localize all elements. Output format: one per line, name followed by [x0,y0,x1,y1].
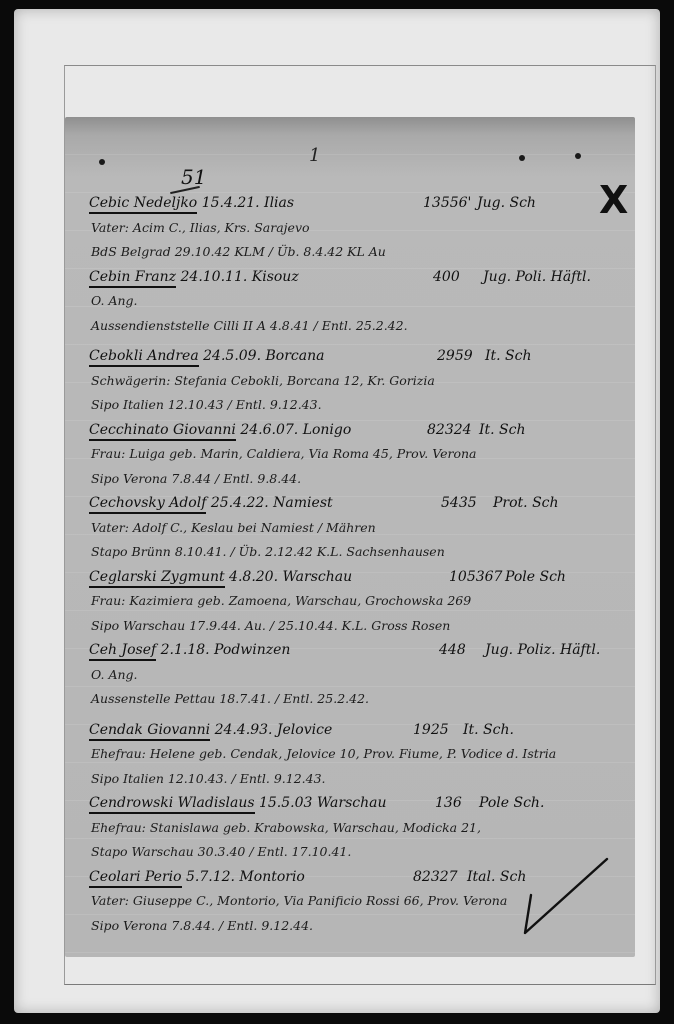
prisoner-category: Jug. Poliz. Häftl. [485,638,600,663]
entry-detail: Sipo Italien 12.10.43 / Entl. 9.12.43. [65,393,635,418]
entry-detail-text: BdS Belgrad 29.10.42 KLM / Üb. 8.4.42 KL… [91,240,386,265]
entry-detail: O. Ang. [65,289,635,314]
prisoner-number: 82324 [427,418,472,443]
prisoner-category: Ital. Sch [467,865,526,890]
entry-header: Cebokli Andrea 24.5.09. Borcana2959It. S… [65,344,635,369]
entry-list: Cebic Nedeljko 15.4.21. Ilias13556'Jug. … [65,191,635,938]
entry-detail-text: Aussenstelle Pettau 18.7.41. / Entl. 25.… [91,687,369,712]
entry-surname-underlined: Cendak Giovanni [89,722,210,741]
entry-surname-underlined: Cebokli Andrea [89,348,199,367]
entry-name: Cebokli Andrea 24.5.09. Borcana [89,344,324,369]
entry-name: Cebic Nedeljko 15.4.21. Ilias [89,191,294,216]
prisoner-category: It. Sch [479,418,526,443]
prisoner-number: 105367 [449,565,502,590]
entry-header: Cebin Franz 24.10.11. Kisouz400Jug. Poli… [65,265,635,290]
document-sheet: 1 51 X Cebic Nedeljko 15.4.21. Ilias1355… [65,117,635,957]
entry-detail: Sipo Italien 12.10.43. / Entl. 9.12.43. [65,767,635,792]
entry-detail-text: Sipo Verona 7.8.44 / Entl. 9.8.44. [91,467,301,492]
entry-name: Ceh Josef 2.1.18. Podwinzen [89,638,290,663]
entry-detail-text: Sipo Italien 12.10.43. / Entl. 9.12.43. [91,767,326,792]
entry-detail: BdS Belgrad 29.10.42 KLM / Üb. 8.4.42 KL… [65,240,635,265]
prisoner-category: It. Sch. [463,718,514,743]
entry-header: Cechovsky Adolf 25.4.22. Namiest5435Prot… [65,491,635,516]
entry-detail-text: Ehefrau: Helene geb. Cendak, Jelovice 10… [91,742,556,767]
prisoner-category: It. Sch [485,344,532,369]
entry-detail-text: Vater: Adolf C., Keslau bei Namiest / Mä… [91,516,376,541]
entry-surname-underlined: Ceh Josef [89,642,156,661]
entry-detail: Ehefrau: Stanislawa geb. Krabowska, Wars… [65,816,635,841]
entry-detail-text: Ehefrau: Stanislawa geb. Krabowska, Wars… [91,816,481,841]
prisoner-number: 400 [433,265,460,290]
entry-detail: Sipo Warschau 17.9.44. Au. / 25.10.44. K… [65,614,635,639]
entry-detail: Ehefrau: Helene geb. Cendak, Jelovice 10… [65,742,635,767]
entry-detail-text: Sipo Verona 7.8.44. / Entl. 9.12.44. [91,914,313,939]
entry-detail: Aussenstelle Pettau 18.7.41. / Entl. 25.… [65,687,635,712]
prisoner-category: Jug. Sch [477,191,536,216]
entry-name: Ceolari Perio 5.7.12. Montorio [89,865,305,890]
entry-detail: Frau: Luiga geb. Marin, Caldiera, Via Ro… [65,442,635,467]
entry-header: Ceglarski Zygmunt 4.8.20. Warschau105367… [65,565,635,590]
record-number: 51 [181,165,206,189]
entry-header: Cendak Giovanni 24.4.93. Jelovice1925It.… [65,718,635,743]
entry-detail: Sipo Verona 7.8.44 / Entl. 9.8.44. [65,467,635,492]
entry-name: Cebin Franz 24.10.11. Kisouz [89,265,299,290]
entry-name: Cecchinato Giovanni 24.6.07. Lonigo [89,418,351,443]
entry-detail: Vater: Acim C., Ilias, Krs. Sarajevo [65,216,635,241]
entry-surname-underlined: Cebic Nedeljko [89,195,197,214]
prisoner-number: 448 [439,638,466,663]
entry-header: Ceh Josef 2.1.18. Podwinzen448Jug. Poliz… [65,638,635,663]
entry-detail-text: Sipo Italien 12.10.43 / Entl. 9.12.43. [91,393,322,418]
prisoner-number: 82327 [413,865,458,890]
prisoner-number: 136 [435,791,462,816]
punch-hole [575,153,581,159]
entry-surname-underlined: Cebin Franz [89,269,176,288]
entry-header: Cebic Nedeljko 15.4.21. Ilias13556'Jug. … [65,191,635,216]
entry-header: Cecchinato Giovanni 24.6.07. Lonigo82324… [65,418,635,443]
punch-hole [99,159,105,165]
prisoner-number: 1925 [413,718,449,743]
prisoner-category: Jug. Poli. Häftl. [483,265,591,290]
page-number: 1 [309,145,320,166]
entry-detail-text: Stapo Warschau 30.3.40 / Entl. 17.10.41. [91,840,351,865]
prisoner-number: 13556' [423,191,471,216]
entry-detail-text: Aussendienststelle Cilli II A 4.8.41 / E… [91,314,408,339]
entry-detail: O. Ang. [65,663,635,688]
entry-detail: Schwägerin: Stefania Cebokli, Borcana 12… [65,369,635,394]
entry-detail-text: O. Ang. [91,663,138,688]
entry-detail: Stapo Brünn 8.10.41. / Üb. 2.12.42 K.L. … [65,540,635,565]
entry-name: Cechovsky Adolf 25.4.22. Namiest [89,491,333,516]
entry-surname-underlined: Cechovsky Adolf [89,495,206,514]
entry-surname-underlined: Ceglarski Zygmunt [89,569,225,588]
checkmark-icon [521,855,611,935]
entry-detail-text: Vater: Acim C., Ilias, Krs. Sarajevo [91,216,310,241]
photo-mount: 1 51 X Cebic Nedeljko 15.4.21. Ilias1355… [14,9,660,1013]
entry-detail: Vater: Adolf C., Keslau bei Namiest / Mä… [65,516,635,541]
punch-hole [519,155,525,161]
entry-surname-underlined: Ceolari Perio [89,869,182,888]
prisoner-category: Pole Sch. [479,791,544,816]
entry-surname-underlined: Cecchinato Giovanni [89,422,236,441]
entry-name: Ceglarski Zygmunt 4.8.20. Warschau [89,565,352,590]
entry-header: Cendrowski Wladislaus 15.5.03 Warschau13… [65,791,635,816]
entry-name: Cendrowski Wladislaus 15.5.03 Warschau [89,791,387,816]
entry-name: Cendak Giovanni 24.4.93. Jelovice [89,718,332,743]
prisoner-category: Pole Sch [505,565,566,590]
entry-detail-text: Frau: Kazimiera geb. Zamoena, Warschau, … [91,589,471,614]
entry-detail: Frau: Kazimiera geb. Zamoena, Warschau, … [65,589,635,614]
entry-detail-text: Sipo Warschau 17.9.44. Au. / 25.10.44. K… [91,614,450,639]
entry-detail-text: Frau: Luiga geb. Marin, Caldiera, Via Ro… [91,442,477,467]
entry-detail-text: Vater: Giuseppe C., Montorio, Via Panifi… [91,889,507,914]
prisoner-number: 2959 [437,344,473,369]
entry-detail: Aussendienststelle Cilli II A 4.8.41 / E… [65,314,635,339]
entry-detail-text: Schwägerin: Stefania Cebokli, Borcana 12… [91,369,435,394]
entry-detail-text: O. Ang. [91,289,138,314]
prisoner-category: Prot. Sch [493,491,559,516]
entry-surname-underlined: Cendrowski Wladislaus [89,795,255,814]
entry-detail-text: Stapo Brünn 8.10.41. / Üb. 2.12.42 K.L. … [91,540,445,565]
prisoner-number: 5435 [441,491,477,516]
